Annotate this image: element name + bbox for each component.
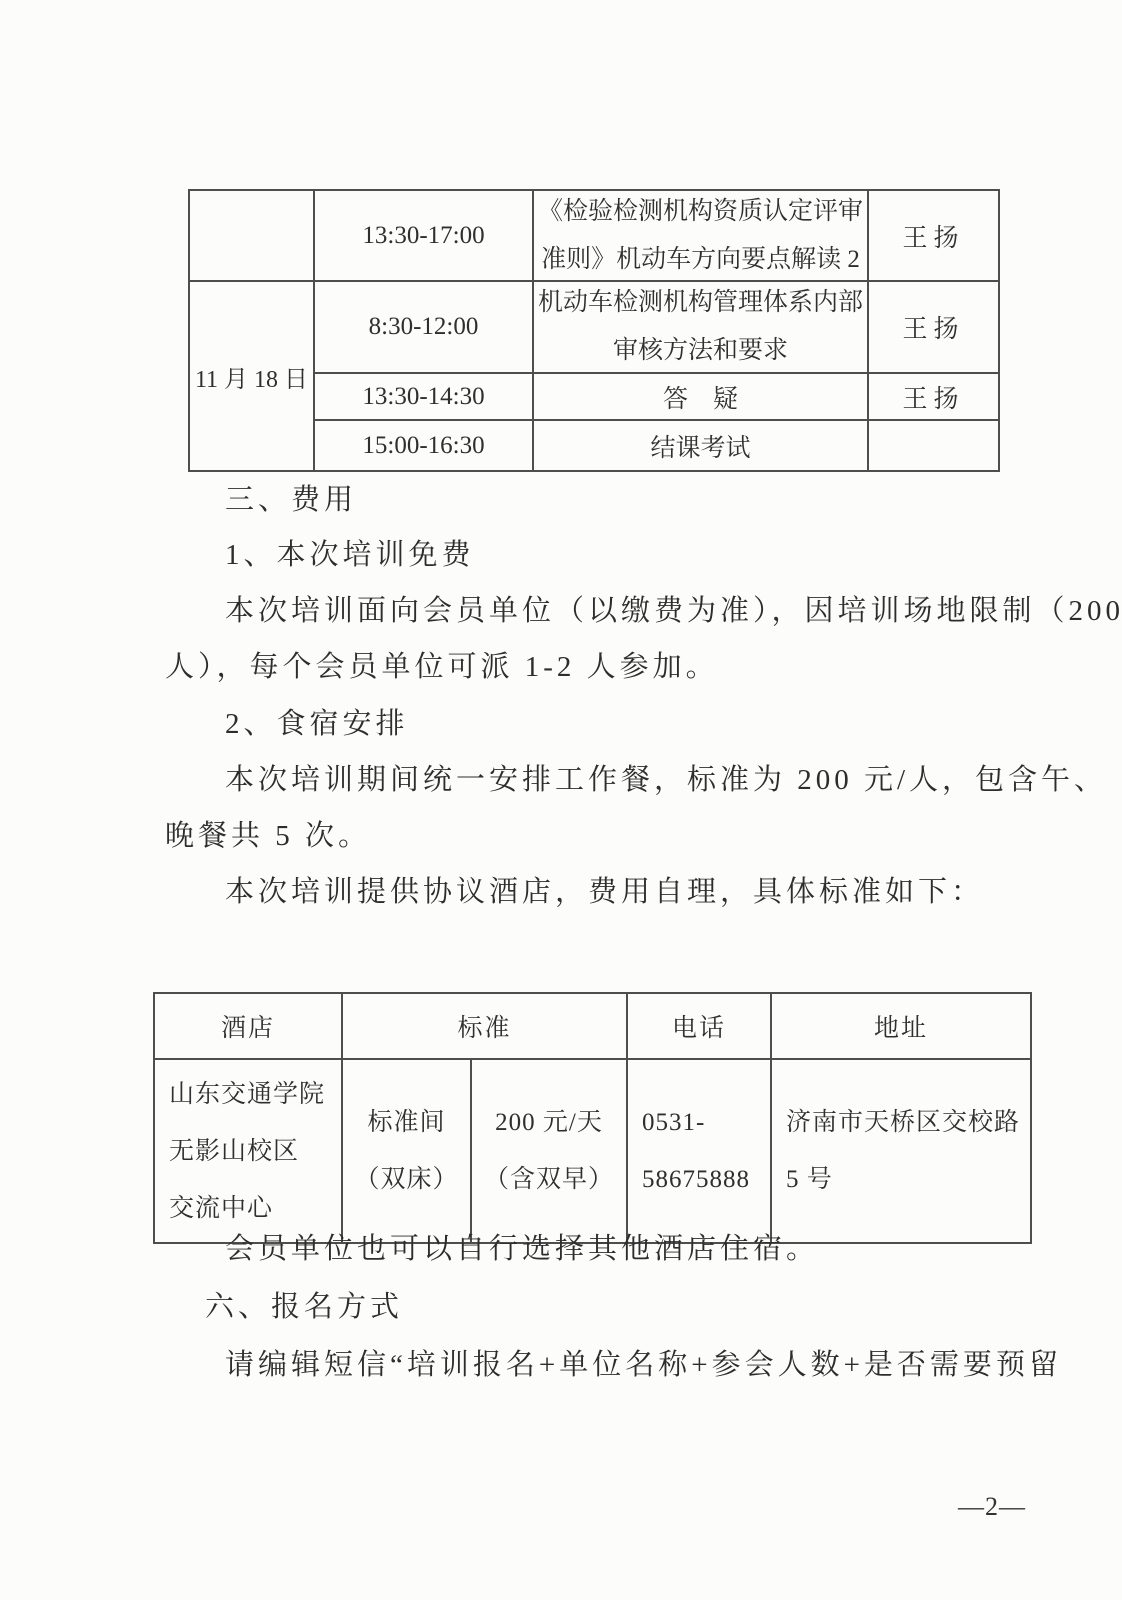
hotel-price-line: 200 元/天 <box>472 1094 626 1151</box>
schedule-table: 13:30-17:00 《检验检测机构资质认定评审 准则》机动车方向要点解读 2… <box>188 189 1000 472</box>
course-title-line: 机动车检测机构管理体系内部 <box>534 287 867 319</box>
page-number: —2— <box>958 1492 1026 1522</box>
schedule-teacher-cell: 王扬 <box>868 190 999 281</box>
paragraph-line: 会员单位也可以自行选择其他酒店住宿。 <box>225 1226 819 1267</box>
item-heading-free: 1、本次培训免费 <box>225 532 475 573</box>
schedule-teacher-cell: 王扬 <box>868 281 999 373</box>
schedule-time-cell: 15:00-16:30 <box>314 420 533 471</box>
section-heading-fees: 三、费用 <box>225 477 357 518</box>
hotel-room-line: （双床） <box>343 1151 470 1208</box>
schedule-teacher-cell: 王扬 <box>868 373 999 420</box>
hotel-price-line: （含双早） <box>472 1151 626 1208</box>
hotel-address-line: 济南市天桥区交校路 <box>786 1094 1030 1151</box>
schedule-date-cell: 11 月 18 日 <box>189 281 314 471</box>
schedule-time-cell: 8:30-12:00 <box>314 281 533 373</box>
hotel-phone-cell: 0531- 58675888 <box>627 1059 771 1243</box>
schedule-time-cell: 13:30-14:30 <box>314 373 533 420</box>
hotel-header-phone: 电话 <box>627 993 771 1059</box>
schedule-course-cell: 答 疑 <box>533 373 868 420</box>
hotel-name-line: 山东交通学院 <box>169 1066 341 1123</box>
schedule-course-cell: 机动车检测机构管理体系内部 审核方法和要求 <box>533 281 868 373</box>
hotel-address-line: 5 号 <box>786 1151 1030 1208</box>
course-title-line: 《检验检测机构资质认定评审 <box>534 196 867 228</box>
schedule-date-cell <box>189 190 314 281</box>
paragraph-line: 本次培训提供协议酒店，费用自理，具体标准如下： <box>225 869 984 910</box>
hotel-price-cell: 200 元/天 （含双早） <box>471 1059 627 1243</box>
paragraph-line: 本次培训期间统一安排工作餐，标准为 200 元/人，包含午、 <box>225 757 1107 798</box>
paragraph-line: 晚餐共 5 次。 <box>165 813 371 854</box>
schedule-time-cell: 13:30-17:00 <box>314 190 533 281</box>
item-heading-lodging: 2、食宿安排 <box>225 701 409 742</box>
hotel-room-cell: 标准间 （双床） <box>342 1059 471 1243</box>
course-title-line: 准则》机动车方向要点解读 2 <box>534 244 867 276</box>
document-page: 13:30-17:00 《检验检测机构资质认定评审 准则》机动车方向要点解读 2… <box>0 0 1122 1600</box>
paragraph-line: 人），每个会员单位可派 1-2 人参加。 <box>165 644 719 685</box>
hotel-name-line: 无影山校区 <box>169 1123 341 1180</box>
hotel-name-cell: 山东交通学院 无影山校区 交流中心 <box>154 1059 342 1243</box>
paragraph-line: 请编辑短信“培训报名+单位名称+参会人数+是否需要预留 <box>225 1342 1062 1383</box>
hotel-header-address: 地址 <box>771 993 1031 1059</box>
hotel-header-name: 酒店 <box>154 993 342 1059</box>
hotel-address-cell: 济南市天桥区交校路 5 号 <box>771 1059 1031 1243</box>
hotel-table: 酒店 标准 电话 地址 山东交通学院 无影山校区 交流中心 标准间 （双床） <box>153 992 1032 1244</box>
hotel-phone-line: 58675888 <box>642 1151 770 1208</box>
schedule-course-cell: 结课考试 <box>533 420 868 471</box>
hotel-phone-line: 0531- <box>642 1094 770 1151</box>
schedule-course-cell: 《检验检测机构资质认定评审 准则》机动车方向要点解读 2 <box>533 190 868 281</box>
hotel-header-standard: 标准 <box>342 993 627 1059</box>
schedule-teacher-cell <box>868 420 999 471</box>
paragraph-line: 本次培训面向会员单位（以缴费为准），因培训场地限制（200 <box>225 588 1122 629</box>
hotel-room-line: 标准间 <box>343 1094 470 1151</box>
section-heading-registration: 六、报名方式 <box>205 1284 403 1325</box>
course-title-line: 审核方法和要求 <box>534 335 867 367</box>
